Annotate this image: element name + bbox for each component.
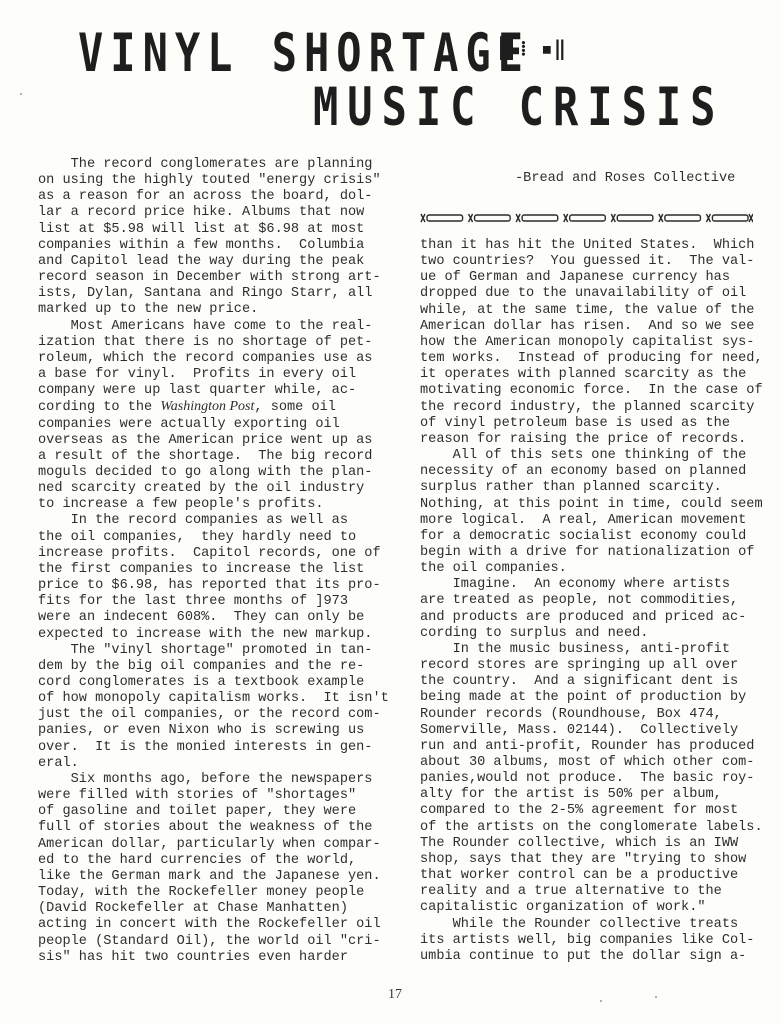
text-line: acting in concert with the Rockefeller o…	[38, 917, 389, 933]
text-line: of gasoline and toilet paper, they were	[38, 804, 389, 820]
text-line: being made at the point of production by	[420, 690, 763, 706]
text-line: of the artists on the conglomerate label…	[420, 820, 763, 836]
text-line: cording to surplus and need.	[420, 626, 763, 642]
text-line: fits for the last three months of ]973	[38, 594, 389, 610]
text-line: were an indecent 608%. They can only be	[38, 610, 389, 626]
text-line: the country. And a significant dent is	[420, 674, 763, 690]
headline-line-2: MUSIC CRISIS	[313, 76, 724, 137]
text-line: people (Standard Oil), the world oil "cr…	[38, 934, 389, 950]
paper-speck	[655, 996, 657, 998]
text-line: about 30 albums, most of which other com…	[420, 755, 763, 771]
text-line: Rounder records (Roundhouse, Box 474,	[420, 707, 763, 723]
text-line: (David Rockefeller at Chase Manhatten)	[38, 901, 389, 917]
text-line: are treated as people, not commodities,	[420, 593, 763, 609]
text-line: eral.	[38, 756, 389, 772]
byline: -Bread and Roses Collective	[515, 171, 735, 186]
text-line: In the music business, anti-profit	[420, 642, 763, 658]
text-line: a result of the shortage. The big record	[38, 449, 389, 465]
text-line: run and anti-profit, Rounder has produce…	[420, 739, 763, 755]
chain-link-divider-icon	[420, 212, 753, 224]
text-line: list at $5.98 will list at $6.98 at most	[38, 222, 389, 238]
text-line: ned scarcity created by the oil industry	[38, 481, 389, 497]
text-line: of vinyl petroleum base is used as the	[420, 416, 763, 432]
text-line: companies within a few months. Columbia	[38, 238, 389, 254]
text-line: ed to the hard currencies of the world,	[38, 853, 389, 869]
text-line: it operates with planned scarcity as the	[420, 367, 763, 383]
text-line: company were up last quarter while, ac-	[38, 383, 389, 399]
text-line: American dollar has risen. And so we see	[420, 319, 763, 335]
text-line: the first companies to increase the list	[38, 562, 389, 578]
text-line: Six months ago, before the newspapers	[38, 772, 389, 788]
text-line: moguls decided to go along with the plan…	[38, 465, 389, 481]
text-line: that worker control can be a productive	[420, 868, 763, 884]
text-line: All of this sets one thinking of the	[420, 448, 763, 464]
text-line: how the American monopoly capitalist sys…	[420, 335, 763, 351]
right-column: than it has hit the United States. Which…	[420, 238, 763, 965]
page-number: 17	[388, 987, 402, 1003]
text-line: ization that there is no shortage of pet…	[38, 335, 389, 351]
text-line: and products are produced and priced ac-	[420, 610, 763, 626]
text-line: over. It is the monied interests in gen-	[38, 740, 389, 756]
text-line: on using the highly touted "energy crisi…	[38, 173, 389, 189]
text-line: umbia continue to put the dollar sign a-	[420, 949, 763, 965]
text-line: The Rounder collective, which is an IWW	[420, 836, 763, 852]
text-line: panies, or even Nixon who is screwing us	[38, 723, 389, 739]
text-line: begin with a drive for nationalization o…	[420, 545, 763, 561]
paper-speck	[600, 1000, 602, 1002]
text-line: record stores are springing up all over	[420, 658, 763, 674]
text-line: While the Rounder collective treats	[420, 917, 763, 933]
text-line: reason for raising the price of records.	[420, 432, 763, 448]
text-line: the oil companies.	[420, 561, 763, 577]
left-column: The record conglomerates are planningon …	[38, 157, 389, 966]
text-line: reality and a true alternative to the	[420, 884, 763, 900]
text-line: compared to the 2-5% agreement for most	[420, 803, 763, 819]
text-line: cording to the Washington Post, some oil	[38, 399, 389, 416]
text-line: dem by the big oil companies and the re-	[38, 659, 389, 675]
text-line: cord conglomerates is a textbook example	[38, 675, 389, 691]
text-line: expected to increase with the new markup…	[38, 627, 389, 643]
text-line: more logical. A real, American movement	[420, 513, 763, 529]
text-line: Today, with the Rockefeller money people	[38, 885, 389, 901]
text-line: for a democratic socialist economy could	[420, 529, 763, 545]
text-line: marked up to the new price.	[38, 302, 389, 318]
text-line: roleum, which the record companies use a…	[38, 351, 389, 367]
text-line: than it has hit the United States. Which	[420, 238, 763, 254]
text-line: capitalistic organization of work."	[420, 900, 763, 916]
text-line: the oil companies, they hardly need to	[38, 530, 389, 546]
text-line: a base for vinyl. Profits in every oil	[38, 367, 389, 383]
text-line: just the oil companies, or the record co…	[38, 707, 389, 723]
text-line: tem works. Instead of producing for need…	[420, 351, 763, 367]
text-line: increase profits. Capitol records, one o…	[38, 546, 389, 562]
text-line: ue of German and Japanese currency has	[420, 270, 763, 286]
text-line: companies were actually exporting oil	[38, 417, 389, 433]
text-line: Somerville, Mass. 02144). Collectively	[420, 723, 763, 739]
text-line: ists, Dylan, Santana and Ringo Starr, al…	[38, 286, 389, 302]
text-line: record season in December with strong ar…	[38, 270, 389, 286]
text-line: sis" has hit two countries even harder	[38, 950, 389, 966]
text-line: In the record companies as well as	[38, 513, 389, 529]
text-line: surplus rather than planned scarcity.	[420, 480, 763, 496]
text-line: like the German mark and the Japanese ye…	[38, 869, 389, 885]
text-line: American dollar, particularly when compa…	[38, 837, 389, 853]
text-line: necessity of an economy based on planned	[420, 464, 763, 480]
text-line: to increase a few people's profits.	[38, 497, 389, 513]
text-line: were filled with stories of "shortages"	[38, 788, 389, 804]
text-line: alty for the artist is 50% per album,	[420, 787, 763, 803]
text-line: overseas as the American price went up a…	[38, 433, 389, 449]
text-line: Nothing, at this point in time, could se…	[420, 497, 763, 513]
headline-ornament-icon: ▐▌⁞ ▪‖	[494, 36, 567, 61]
text-line: The record conglomerates are planning	[38, 157, 389, 173]
italic-publication-name: Washington Post	[160, 399, 254, 414]
text-line: full of stories about the weakness of th…	[38, 820, 389, 836]
text-line: Imagine. An economy where artists	[420, 577, 763, 593]
text-line: motivating economic force. In the case o…	[420, 383, 763, 399]
text-line: panies,would not produce. The basic roy-	[420, 771, 763, 787]
text-line: lar a record price hike. Albums that now	[38, 205, 389, 221]
text-line: two countries? You guessed it. The val-	[420, 254, 763, 270]
text-line: of how monopoly capitalism works. It isn…	[38, 691, 389, 707]
text-line: and Capitol lead the way during the peak	[38, 254, 389, 270]
text-line: its artists well, big companies like Col…	[420, 933, 763, 949]
headline-line-1: VINYL SHORTAGE	[78, 22, 530, 83]
text-line: while, at the same time, the value of th…	[420, 303, 763, 319]
text-line: price to $6.98, has reported that its pr…	[38, 578, 389, 594]
text-line: shop, says that they are "trying to show	[420, 852, 763, 868]
text-line: dropped due to the unavailability of oil	[420, 286, 763, 302]
document-page: VINYL SHORTAGE ▐▌⁞ ▪‖ MUSIC CRISIS -Brea…	[0, 0, 781, 1025]
text-line: The "vinyl shortage" promoted in tan-	[38, 643, 389, 659]
text-line: the record industry, the planned scarcit…	[420, 400, 763, 416]
text-line: as a reason for an across the board, dol…	[38, 189, 389, 205]
paper-speck	[20, 93, 22, 95]
text-line: Most Americans have come to the real-	[38, 319, 389, 335]
